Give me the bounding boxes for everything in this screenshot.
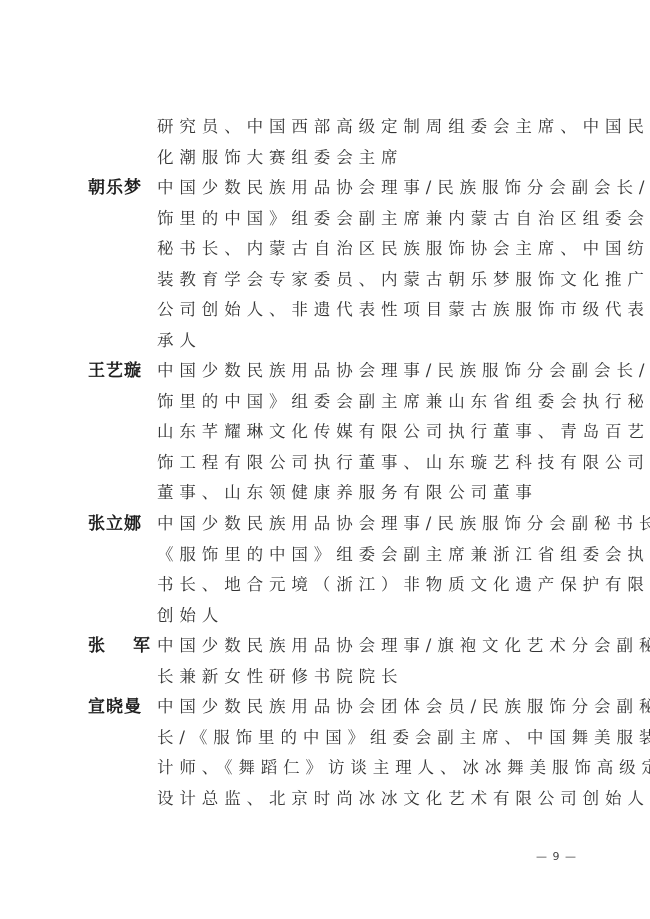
text-line: 中国少数民族用品协会理事/民族服饰分会副会长/《服 [157, 356, 577, 387]
member-name: 宣晓曼 [88, 692, 142, 723]
member-description: 中国少数民族用品协会团体会员/民族服饰分会副秘书 长/《服饰里的中国》组委会副主… [157, 692, 577, 814]
continuation-text: 研究员、中国西部高级定制周组委会主席、中国民族文 化潮服饰大赛组委会主席 [157, 112, 577, 173]
text-line: 装教育学会专家委员、内蒙古朝乐梦服饰文化推广有限 [157, 265, 577, 296]
member-description: 中国少数民族用品协会理事/民族服饰分会副会长/《服 饰里的中国》组委会副主席兼内… [157, 173, 577, 356]
text-line: 计师、《舞蹈仁》访谈主理人、冰冰舞美服饰高级定制 [157, 753, 577, 784]
text-line: 饰里的中国》组委会副主席兼内蒙古自治区组委会执行 [157, 204, 577, 235]
member-name-part: 军 [133, 636, 150, 656]
text-line: 秘书长、内蒙古自治区民族服饰协会主席、中国纺织服 [157, 234, 577, 265]
text-line: 长/《服饰里的中国》组委会副主席、中国舞美服装设 [157, 723, 577, 754]
member-name: 张军 [88, 631, 150, 662]
text-line: 承人 [157, 326, 577, 357]
text-line: 山东芊耀琳文化传媒有限公司执行董事、青岛百艺丰装 [157, 417, 577, 448]
text-line: 创始人 [157, 601, 577, 632]
member-name-part: 张 [88, 636, 105, 656]
text-line: 饰工程有限公司执行董事、山东璇艺科技有限公司执行 [157, 448, 577, 479]
member-name: 王艺璇 [88, 356, 142, 387]
text-line: 中国少数民族用品协会理事/民族服饰分会副会长/《服 [157, 173, 577, 204]
page-number: — 9 — [536, 850, 577, 863]
text-line: 中国少数民族用品协会团体会员/民族服饰分会副秘书 [157, 692, 577, 723]
text-line: 公司创始人、非遗代表性项目蒙古族服饰市级代表性传 [157, 295, 577, 326]
text-line: 中国少数民族用品协会理事/旗袍文化艺术分会副秘书 [157, 631, 577, 662]
text-line: 中国少数民族用品协会理事/民族服饰分会副秘书长/ [157, 509, 577, 540]
member-name: 张立娜 [88, 509, 142, 540]
member-description: 中国少数民族用品协会理事/民族服饰分会副会长/《服 饰里的中国》组委会副主席兼山… [157, 356, 577, 509]
text-line: 饰里的中国》组委会副主席兼山东省组委会执行秘书长、 [157, 387, 577, 418]
text-line: 设计总监、北京时尚冰冰文化艺术有限公司创始人、东 [157, 784, 577, 815]
text-line: 研究员、中国西部高级定制周组委会主席、中国民族文 [157, 112, 577, 143]
text-line: 化潮服饰大赛组委会主席 [157, 143, 577, 174]
member-name: 朝乐梦 [88, 173, 142, 204]
text-line: 长兼新女性研修书院院长 [157, 662, 577, 693]
document-page: 研究员、中国西部高级定制周组委会主席、中国民族文 化潮服饰大赛组委会主席 朝乐梦… [0, 0, 650, 919]
text-line: 书长、地合元境（浙江）非物质文化遗产保护有限公司 [157, 570, 577, 601]
member-description: 中国少数民族用品协会理事/旗袍文化艺术分会副秘书 长兼新女性研修书院院长 [157, 631, 577, 692]
member-description: 中国少数民族用品协会理事/民族服饰分会副秘书长/ 《服饰里的中国》组委会副主席兼… [157, 509, 577, 631]
text-line: 《服饰里的中国》组委会副主席兼浙江省组委会执行秘 [157, 540, 577, 571]
text-line: 董事、山东领健康养服务有限公司董事 [157, 478, 577, 509]
